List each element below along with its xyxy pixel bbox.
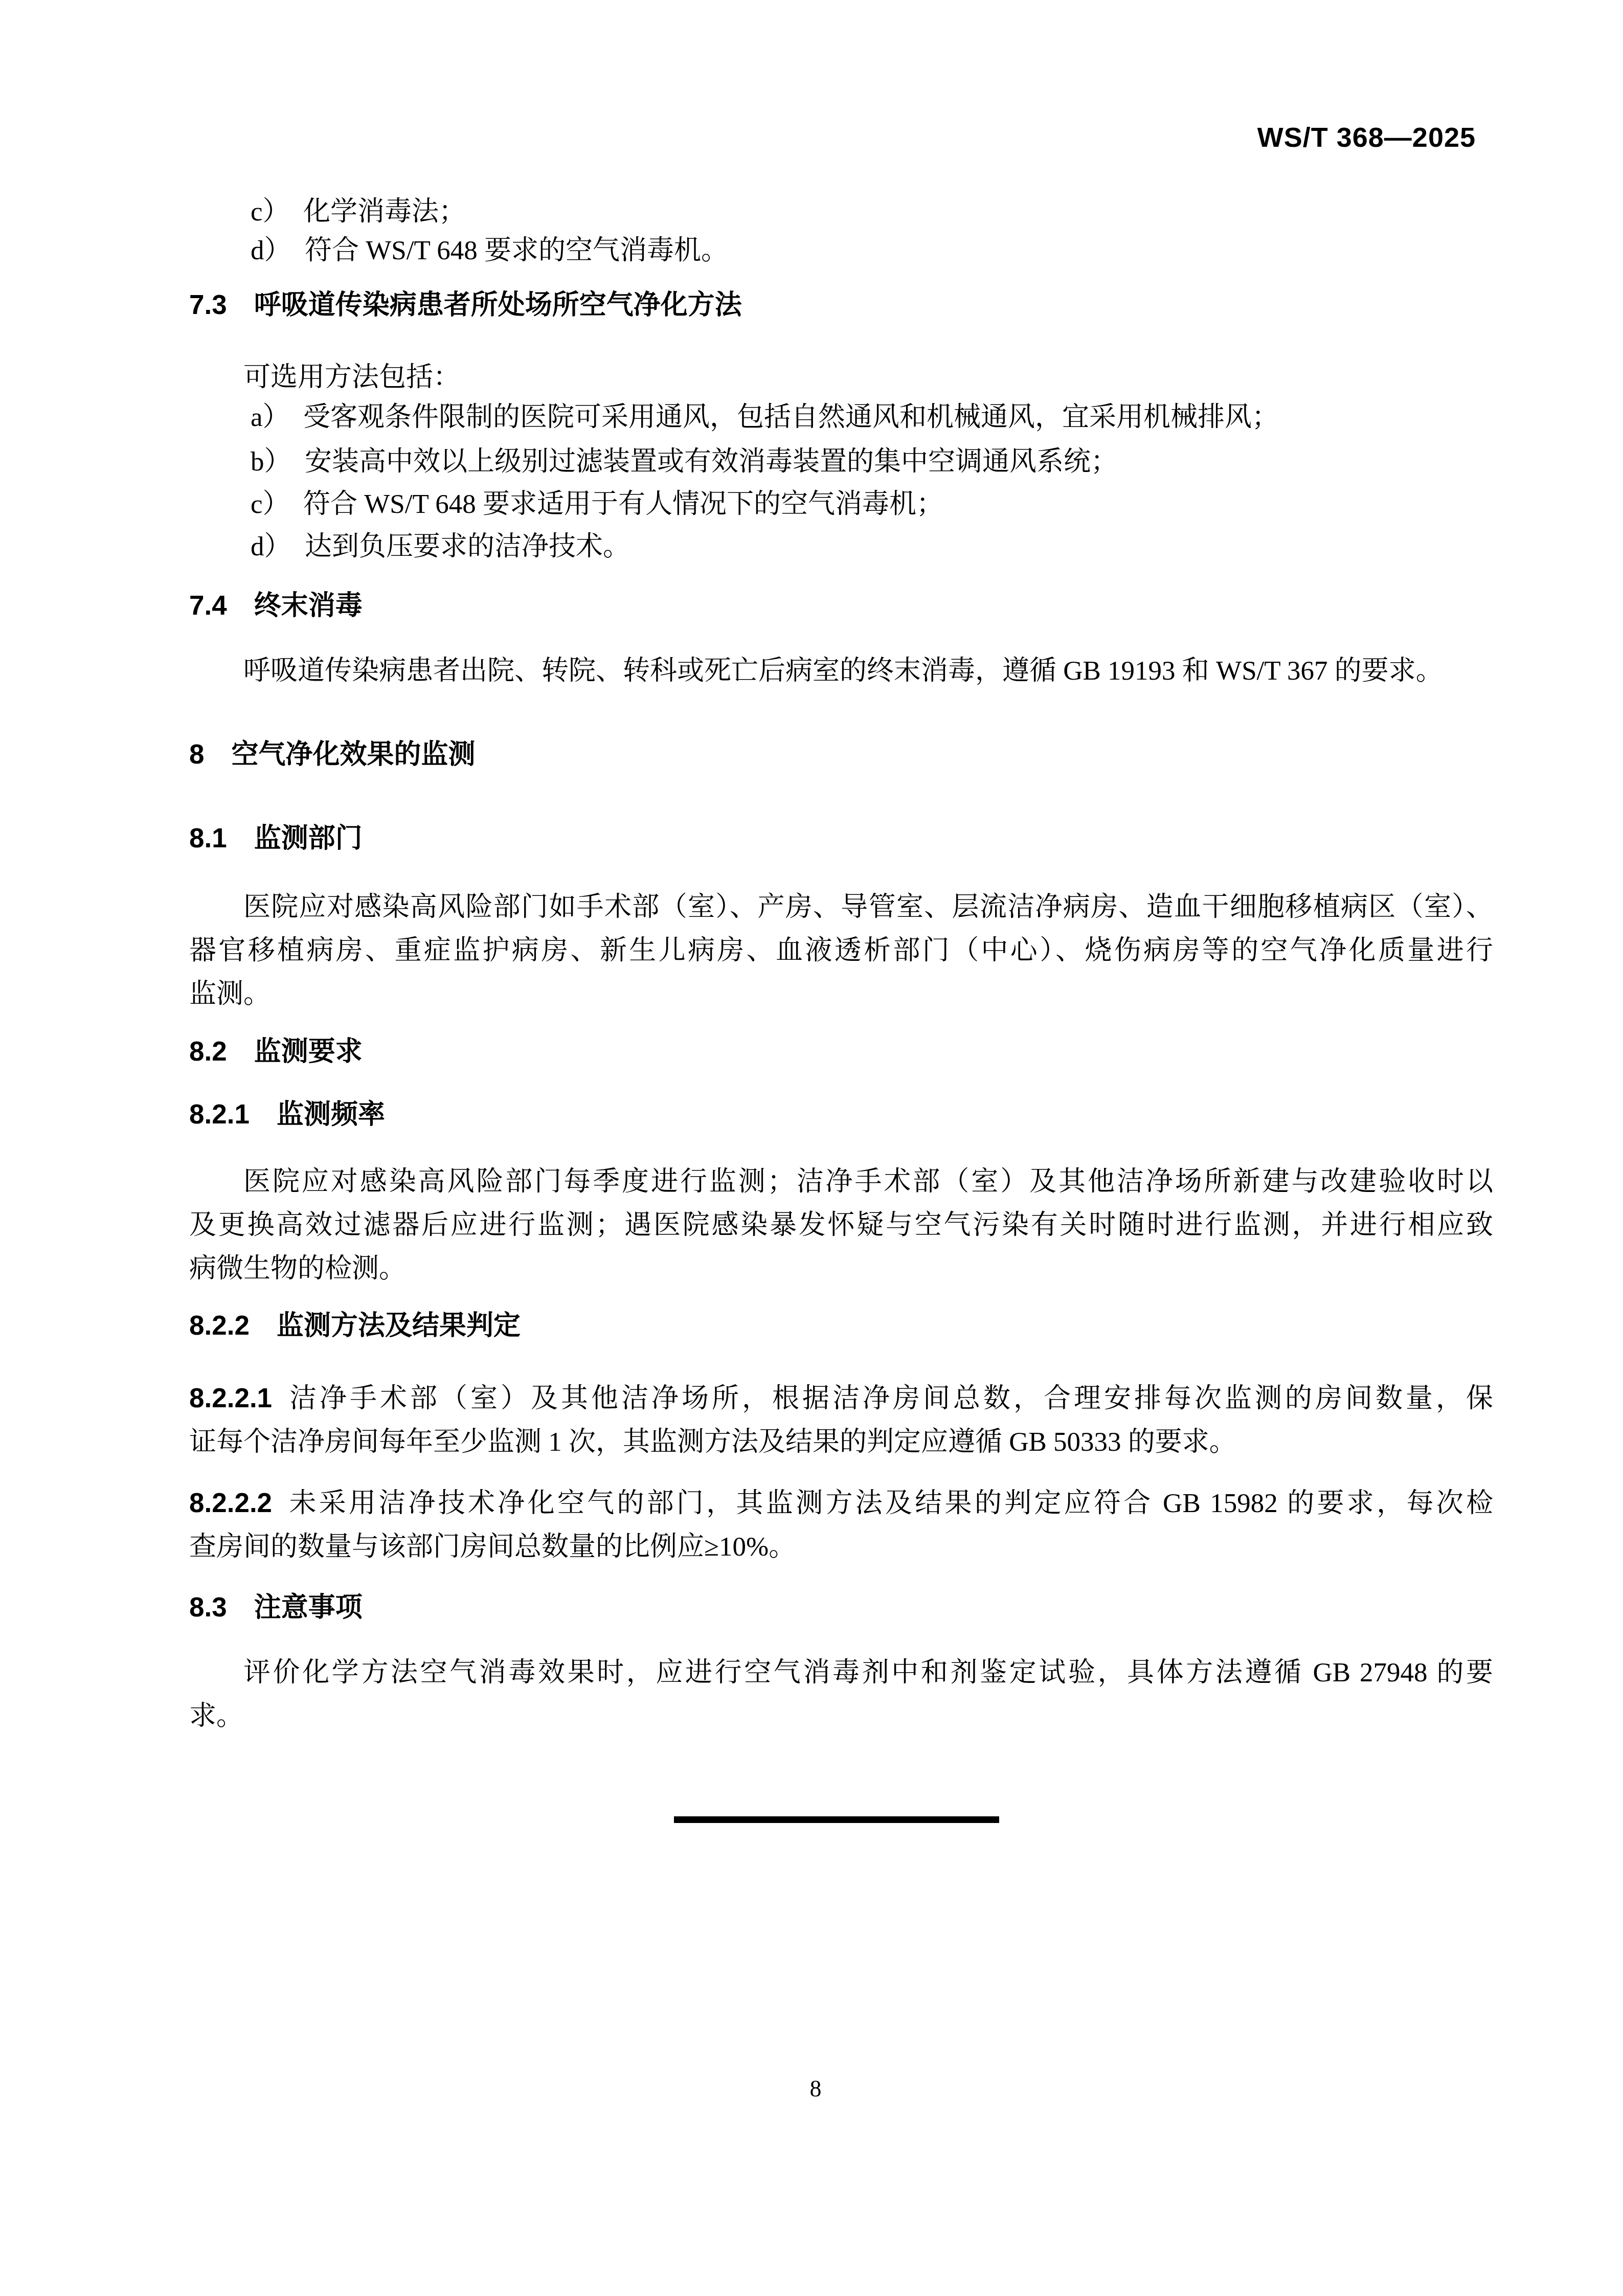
paragraph-7-4: 呼吸道传染病患者出院、转院、转科或死亡后病室的终末消毒，遵循 GB 19193 … xyxy=(189,649,1493,693)
clause-text: 洁净手术部（室）及其他洁净场所，根据洁净房间总数，合理安排每次监测的房间数量，保 xyxy=(286,1384,1493,1413)
list-item-c-chemical: c） 化学消毒法； xyxy=(189,190,1493,234)
paragraph-7-3-intro: 可选用方法包括： xyxy=(189,356,1493,399)
list-item-a-ventilation: a） 受客观条件限制的医院可采用通风，包括自然通风和机械通风，宜采用机械排风； xyxy=(189,396,1493,439)
list-item-d-air-disinfector: d） 符合 WS/T 648 要求的空气消毒机。 xyxy=(189,229,1493,273)
clause-text: 未采用洁净技术净化空气的部门，其监测方法及结果的判定应符合 GB 15982 的… xyxy=(286,1489,1493,1518)
paragraph-line: 可选用方法包括： xyxy=(189,356,1493,399)
paragraph-line: 评价化学方法空气消毒效果时，应进行空气消毒剂中和剂鉴定试验，具体方法遵循 GB … xyxy=(189,1651,1493,1695)
heading-8: 8 空气净化效果的监测 xyxy=(189,739,1493,771)
paragraph-line: 呼吸道传染病患者出院、转院、转科或死亡后病室的终末消毒，遵循 GB 19193 … xyxy=(189,649,1493,693)
paragraph-line: 及更换高效过滤器后应进行监测；遇医院感染暴发怀疑与空气污染有关时随时进行监测，并… xyxy=(189,1204,1493,1247)
document-page: WS/T 368—2025 c） 化学消毒法； d） 符合 WS/T 648 要… xyxy=(0,0,1623,2296)
paragraph-line: 病微生物的检测。 xyxy=(189,1247,1493,1291)
paragraph-8-2-2-2: 8.2.2.2未采用洁净技术净化空气的部门，其监测方法及结果的判定应符合 GB … xyxy=(189,1481,1493,1569)
heading-8-2-1: 8.2.1 监测频率 xyxy=(189,1099,1493,1131)
clause-number: 8.2.2.2 xyxy=(189,1488,272,1518)
heading-8-3: 8.3 注意事项 xyxy=(189,1592,1493,1624)
paragraph-line: 8.2.2.1洁净手术部（室）及其他洁净场所，根据洁净房间总数，合理安排每次监测… xyxy=(189,1377,1493,1421)
paragraph-line: 求。 xyxy=(189,1695,1493,1738)
paragraph-line: 医院应对感染高风险部门每季度进行监测；洁净手术部（室）及其他洁净场所新建与改建验… xyxy=(189,1160,1493,1204)
page-number: 8 xyxy=(0,2074,1623,2104)
heading-8-1: 8.1 监测部门 xyxy=(189,823,1493,854)
heading-7-3: 7.3 呼吸道传染病患者所处场所空气净化方法 xyxy=(189,289,1493,321)
list-item-c-disinfector: c） 符合 WS/T 648 要求适用于有人情况下的空气消毒机； xyxy=(189,483,1493,526)
end-of-text-rule xyxy=(674,1816,999,1823)
paragraph-8-2-2-1: 8.2.2.1洁净手术部（室）及其他洁净场所，根据洁净房间总数，合理安排每次监测… xyxy=(189,1377,1493,1464)
paragraph-8-3: 评价化学方法空气消毒效果时，应进行空气消毒剂中和剂鉴定试验，具体方法遵循 GB … xyxy=(189,1651,1493,1738)
paragraph-8-1: 医院应对感染高风险部门如手术部（室）、产房、导管室、层流洁净病房、造血干细胞移植… xyxy=(189,886,1493,1016)
list-item-d-clean-tech: d） 达到负压要求的洁净技术。 xyxy=(189,525,1493,569)
standard-code-header: WS/T 368—2025 xyxy=(1257,122,1476,153)
list-item-b-hvac: b） 安装高中效以上级别过滤装置或有效消毒装置的集中空调通风系统； xyxy=(189,440,1493,484)
heading-7-4: 7.4 终末消毒 xyxy=(189,590,1493,622)
heading-8-2: 8.2 监测要求 xyxy=(189,1036,1493,1068)
paragraph-line: 器官移植病房、重症监护病房、新生儿病房、血液透析部门（中心）、烧伤病房等的空气净… xyxy=(189,929,1493,973)
paragraph-8-2-1: 医院应对感染高风险部门每季度进行监测；洁净手术部（室）及其他洁净场所新建与改建验… xyxy=(189,1160,1493,1291)
paragraph-line: 监测。 xyxy=(189,973,1493,1016)
paragraph-line: 证每个洁净房间每年至少监测 1 次，其监测方法及结果的判定应遵循 GB 5033… xyxy=(189,1421,1493,1464)
heading-8-2-2: 8.2.2 监测方法及结果判定 xyxy=(189,1310,1493,1342)
paragraph-line: 查房间的数量与该部门房间总数量的比例应≥10%。 xyxy=(189,1525,1493,1569)
clause-number: 8.2.2.1 xyxy=(189,1383,272,1413)
paragraph-line: 医院应对感染高风险部门如手术部（室）、产房、导管室、层流洁净病房、造血干细胞移植… xyxy=(189,886,1493,929)
paragraph-line: 8.2.2.2未采用洁净技术净化空气的部门，其监测方法及结果的判定应符合 GB … xyxy=(189,1481,1493,1525)
